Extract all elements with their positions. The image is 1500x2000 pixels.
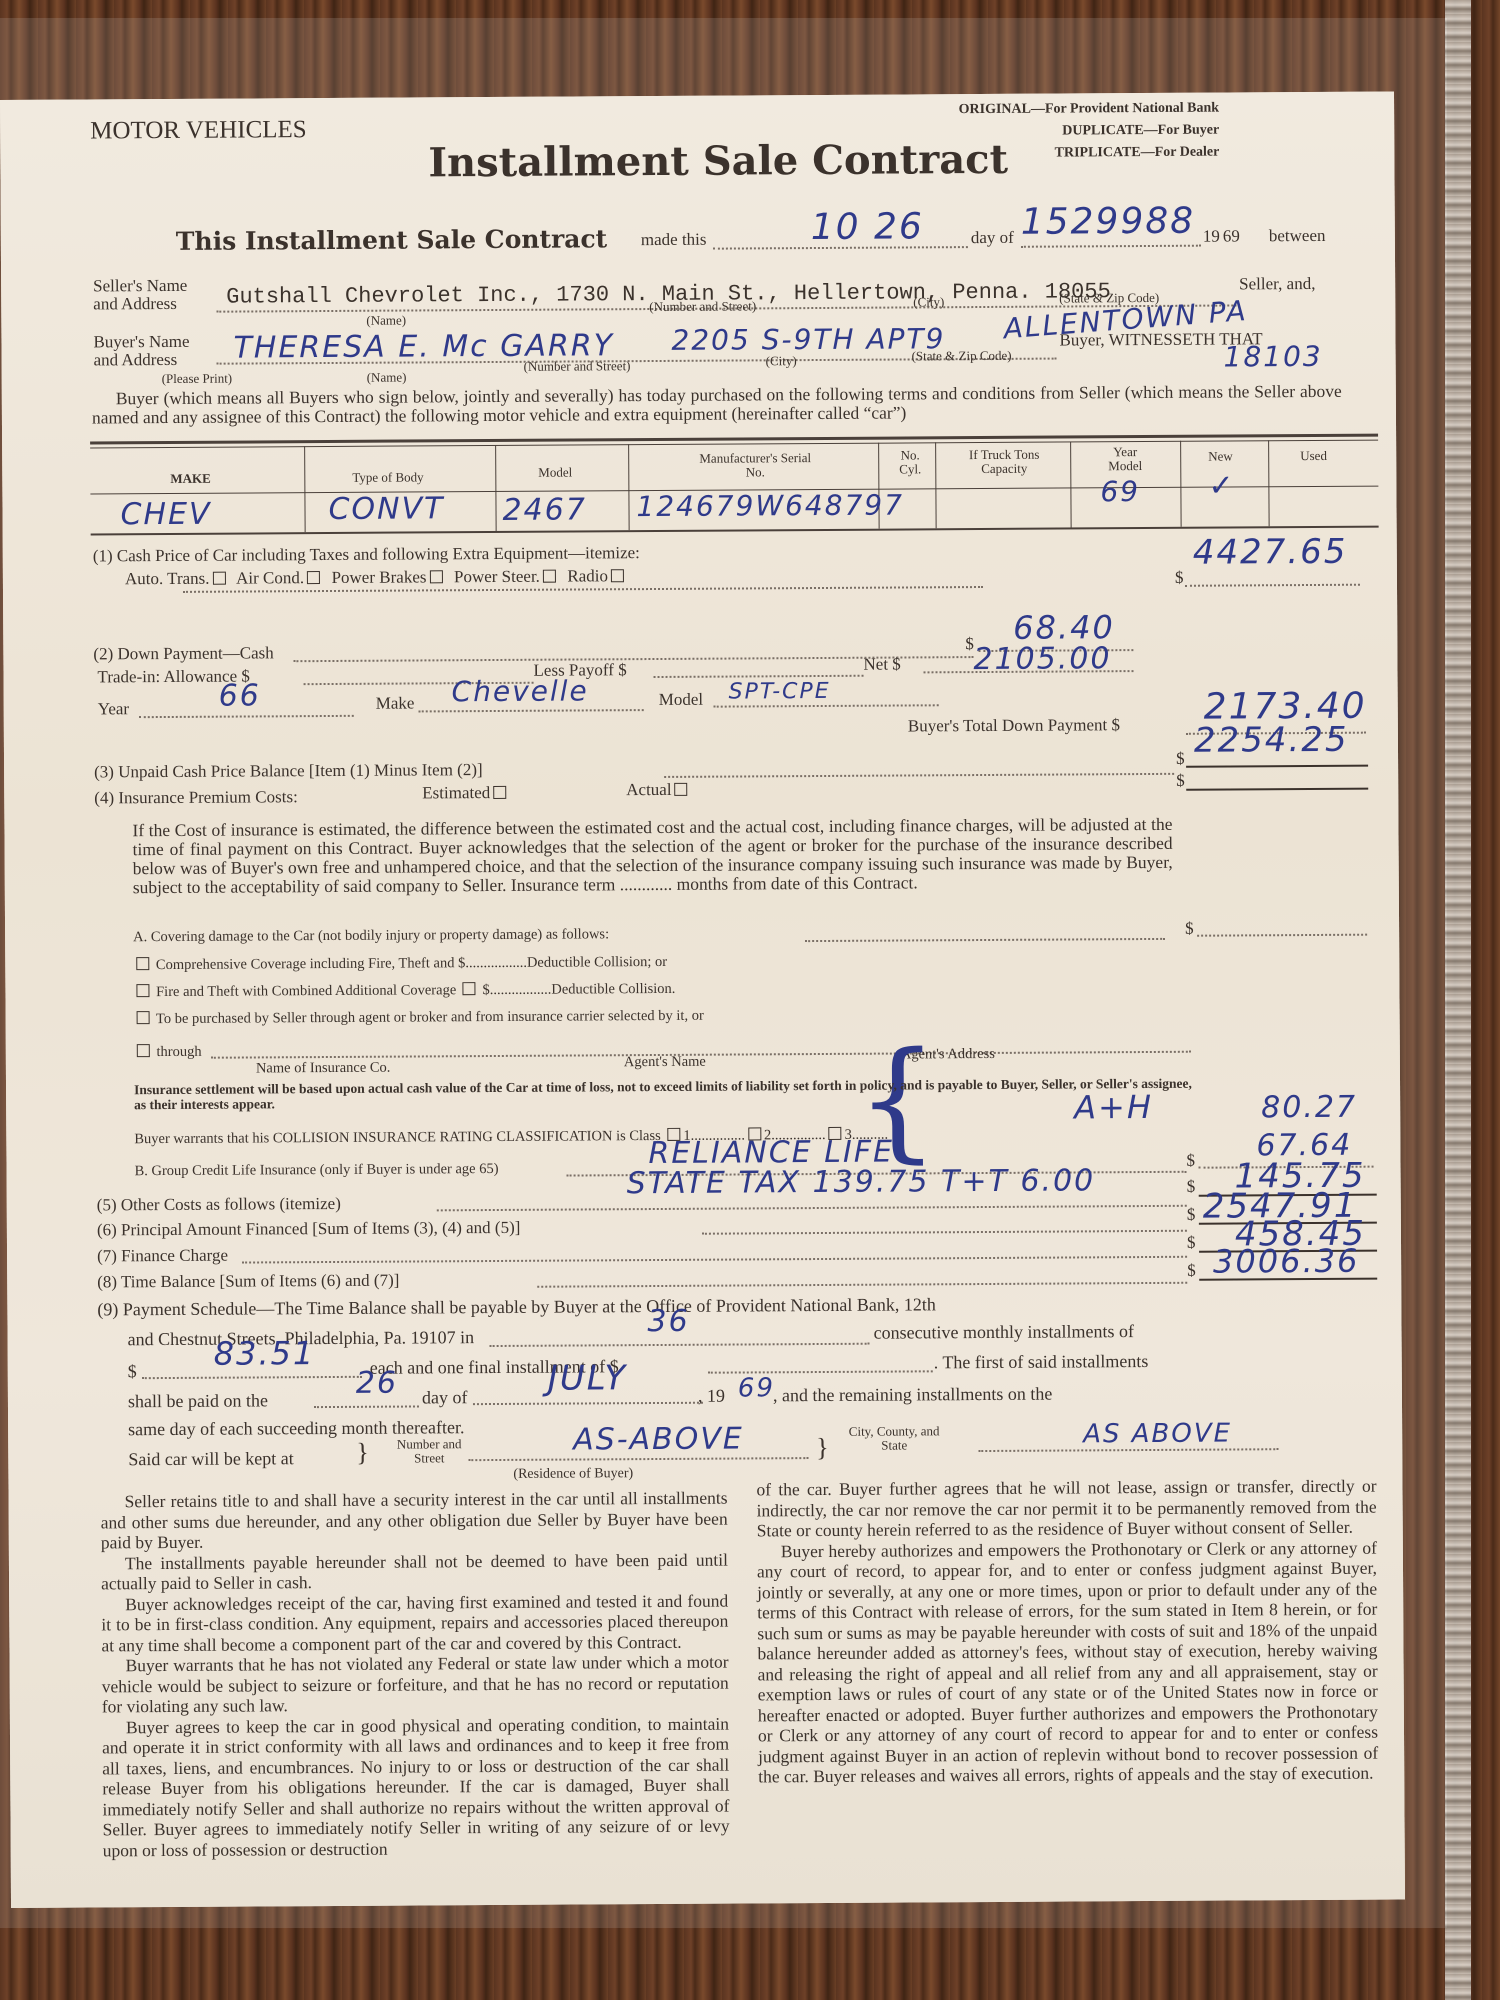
buyer-sub-city: (City) xyxy=(766,353,797,369)
item3-line xyxy=(664,773,1174,778)
installment-amount-line xyxy=(142,1376,362,1379)
intro-lead: This Installment Sale Contract xyxy=(176,224,607,256)
insurance-text: If the Cost of insurance is estimated, t… xyxy=(132,815,1172,897)
tradein-year-line xyxy=(139,715,354,718)
air-cond-label: Air Cond. xyxy=(236,568,304,587)
item3-label: (3) Unpaid Cash Price Balance [Item (1) … xyxy=(94,760,483,782)
seller-sub-city: (City) xyxy=(913,294,944,310)
buyer-suffix: Buyer, WITNESSETH THAT xyxy=(1059,329,1262,350)
through-label: through xyxy=(156,1044,201,1060)
buyer-sub-state: (State & Zip Code) xyxy=(912,348,1012,365)
coverage-a-label: A. Covering damage to the Car (not bodil… xyxy=(133,926,609,946)
installment-amount[interactable]: 83.51 xyxy=(214,1334,316,1373)
seller-purchase-option: To be purchased by Seller through agent … xyxy=(134,1008,704,1028)
seller-label: Seller's Name and Address xyxy=(93,277,187,314)
year-prefix: 19 xyxy=(1203,227,1220,247)
item4-underline xyxy=(1186,788,1368,791)
buyer-sub-name: (Name) xyxy=(367,370,407,386)
seller-purchase-checkbox[interactable] xyxy=(137,1011,150,1024)
item1-line xyxy=(1185,584,1360,587)
tradein-make-label: Make xyxy=(376,693,415,713)
auto-trans-label: Auto. Trans. xyxy=(125,569,210,589)
tradein-model-label: Model xyxy=(659,690,704,710)
seller-purchase-label: To be purchased by Seller through agent … xyxy=(156,1008,704,1027)
item5-label: (5) Other Costs as follows (itemize) xyxy=(97,1194,341,1215)
rating-label: Buyer warrants that his COLLISION INSURA… xyxy=(134,1128,661,1147)
serial-value[interactable]: 124679W648797 xyxy=(636,488,904,523)
item5-note[interactable]: STATE TAX 139.75 T+T 6.00 xyxy=(627,1163,1096,1201)
item3-underline xyxy=(1186,765,1368,768)
terms-left-column: Seller retains title to and shall have a… xyxy=(101,1488,730,1861)
residence-note: (Residence of Buyer) xyxy=(513,1466,633,1483)
schedule-line4c: , 19 xyxy=(698,1386,725,1407)
estimated-option: Estimated xyxy=(422,783,509,804)
air-cond-checkbox[interactable] xyxy=(307,571,320,584)
total-down-label: Buyer's Total Down Payment $ xyxy=(908,715,1120,736)
first-day[interactable]: 26 xyxy=(356,1366,398,1401)
terms-left-p3: Buyer acknowledges receipt of the car, h… xyxy=(101,1590,728,1655)
buyer-street-field[interactable]: 2205 S-9TH APT9 xyxy=(671,322,945,357)
through-checkbox[interactable] xyxy=(137,1044,150,1057)
insurance-company-label: Name of Insurance Co. xyxy=(256,1060,391,1078)
radio-label: Radio xyxy=(567,566,608,585)
copy-duplicate: DUPLICATE—For Buyer xyxy=(1062,123,1219,140)
fire-theft-label: Fire and Theft with Combined Additional … xyxy=(156,982,456,1000)
fire-theft-deductible: $.................Deductible Collision. xyxy=(482,981,675,998)
ah-value[interactable]: 80.27 xyxy=(1261,1090,1357,1126)
schedule-line2b: consecutive monthly installments of xyxy=(873,1321,1134,1344)
radio-checkbox[interactable] xyxy=(611,569,624,582)
settlement-text: Insurance settlement will be based upon … xyxy=(134,1076,1194,1112)
col-model: Model xyxy=(538,465,572,481)
coverage-a-dollar: $ xyxy=(1185,919,1194,939)
power-steer-checkbox[interactable] xyxy=(543,570,556,583)
item1-label: (1) Cash Price of Car including Taxes an… xyxy=(93,543,640,566)
please-print-note: (Please Print) xyxy=(162,371,233,387)
first-day-line xyxy=(314,1405,419,1408)
schedule-line1: (9) Payment Schedule—The Time Balance sh… xyxy=(97,1294,936,1320)
number-street-label: Number and Street xyxy=(384,1437,474,1466)
col-make: MAKE xyxy=(170,471,211,487)
item3-dollar: $ xyxy=(1176,749,1185,769)
item3-value[interactable]: 2254.25 xyxy=(1194,720,1349,761)
buyer-label: Buyer's Name and Address xyxy=(93,333,189,370)
col-year: Year Model xyxy=(1095,445,1155,473)
terms-left-p1: Seller retains title to and shall have a… xyxy=(101,1488,728,1553)
made-this-label: made this xyxy=(641,230,707,250)
model-value[interactable]: 2467 xyxy=(502,492,587,528)
item8-line xyxy=(537,1282,1187,1288)
kept-city-value[interactable]: AS ABOVE xyxy=(1083,1418,1232,1449)
terms-left-p2: The installments payable hereunder shall… xyxy=(101,1549,728,1594)
terms-left-p5: Buyer agrees to keep the car in good phy… xyxy=(102,1713,730,1860)
buyer-sub-street: (Number and Street) xyxy=(524,358,631,375)
schedule-line4a: shall be paid on the xyxy=(128,1390,268,1412)
fire-theft-checkbox[interactable] xyxy=(136,984,149,997)
recital-text: Buyer (which means all Buyers who sign b… xyxy=(92,382,1342,428)
item6-label: (6) Principal Amount Financed [Sum of It… xyxy=(97,1218,521,1241)
terms-right-column: of the car. Buyer further agrees that he… xyxy=(756,1476,1378,1787)
estimated-checkbox[interactable] xyxy=(493,786,506,799)
payoff-line xyxy=(654,675,864,678)
col-body: Type of Body xyxy=(352,469,423,485)
schedule-dollar: $ xyxy=(128,1361,137,1382)
terms-right-p1: Buyer hereby authorizes and empowers the… xyxy=(757,1537,1378,1787)
first-year[interactable]: 69 xyxy=(738,1373,775,1403)
form-title: Installment Sale Contract xyxy=(428,136,1008,187)
tradein-model-line xyxy=(714,704,939,707)
seller-sub-name: (Name) xyxy=(366,313,406,329)
item8-dollar: $ xyxy=(1187,1261,1196,1281)
city-county-state-label: City, County, and State xyxy=(844,1424,944,1453)
installments-count[interactable]: 36 xyxy=(647,1304,689,1339)
copy-original: ORIGINAL—For Provident National Bank xyxy=(959,101,1220,119)
kept-street-line xyxy=(468,1457,808,1461)
tradein-model-value[interactable]: SPT-CPE xyxy=(729,679,831,705)
tradein-make-value[interactable]: Chevelle xyxy=(452,674,589,708)
brace-left: } xyxy=(356,1438,369,1468)
equipment-row: Auto. Trans. Air Cond. Power Brakes Powe… xyxy=(125,566,627,589)
comprehensive-label: Comprehensive Coverage including Fire, T… xyxy=(156,954,667,973)
schedule-line3c: . The first of said installments xyxy=(934,1351,1149,1373)
seller-sub-street: (Number and Street) xyxy=(649,298,756,315)
buyer-label-line2: and Address xyxy=(94,351,190,370)
item5-line xyxy=(437,1205,1187,1212)
item1-dollar: $ xyxy=(1175,568,1184,588)
buyer-label-line1: Buyer's Name xyxy=(93,333,189,352)
fire-theft-option: Fire and Theft with Combined Additional … xyxy=(133,981,675,1001)
day-of-label: day of xyxy=(971,228,1014,248)
col-serial: Manufacturer's Serial No. xyxy=(690,451,820,480)
vehicle-table: MAKE Type of Body Model Manufacturer's S… xyxy=(90,434,1379,534)
body-value[interactable]: CONVT xyxy=(328,491,444,527)
actual-checkbox[interactable] xyxy=(675,783,688,796)
item2-label: (2) Down Payment—Cash xyxy=(93,643,273,664)
combined-coverage-checkbox[interactable] xyxy=(463,982,476,995)
new-checkmark[interactable]: ✓ xyxy=(1208,468,1235,503)
seller-suffix: Seller, and, xyxy=(1239,274,1315,294)
seller-label-line2: and Address xyxy=(93,295,187,314)
actual-label: Actual xyxy=(626,780,671,799)
credit-life-dollar: $ xyxy=(1186,1151,1195,1171)
item8-label: (8) Time Balance [Sum of Items (6) and (… xyxy=(97,1271,399,1293)
net-label: Net $ xyxy=(863,655,900,675)
ah-note[interactable]: A+H xyxy=(1074,1088,1153,1126)
through-option: through xyxy=(134,1044,202,1061)
col-new: New xyxy=(1208,448,1233,464)
recital-paragraph: Buyer (which means all Buyers who sign b… xyxy=(92,382,1342,428)
comprehensive-option: Comprehensive Coverage including Fire, T… xyxy=(133,954,667,974)
item4-label: (4) Insurance Premium Costs: xyxy=(94,787,298,808)
insurance-paragraph: If the Cost of insurance is estimated, t… xyxy=(132,815,1172,897)
copy-triplicate: TRIPLICATE—For Dealer xyxy=(1055,145,1220,162)
power-brakes-checkbox[interactable] xyxy=(429,570,442,583)
item7-line xyxy=(242,1256,1187,1264)
day-field[interactable]: 10 26 xyxy=(811,206,924,248)
col-tons: If Truck Tons Capacity xyxy=(945,448,1063,477)
power-steer-label: Power Steer. xyxy=(454,567,540,587)
coverage-a-line xyxy=(805,938,1165,942)
first-month-line xyxy=(473,1402,703,1405)
year-model-value[interactable]: 69 xyxy=(1100,475,1140,508)
col-used: Used xyxy=(1300,448,1327,464)
terms-right-continuation: of the car. Buyer further agrees that he… xyxy=(756,1476,1376,1541)
schedule-line4b: day of xyxy=(422,1387,468,1408)
item4-dollar: $ xyxy=(1176,771,1185,791)
item7-dollar: $ xyxy=(1187,1233,1196,1253)
make-value[interactable]: CHEV xyxy=(120,497,211,533)
terms-left-p4: Buyer warrants that he has not violated … xyxy=(102,1652,729,1717)
installments-count-line xyxy=(490,1343,870,1347)
brace-right: } xyxy=(816,1433,829,1463)
month-field-line xyxy=(1021,245,1201,248)
coverage-a-value-line xyxy=(1197,934,1367,937)
between-label: between xyxy=(1269,226,1326,246)
sleeve-edge xyxy=(1445,0,1471,2000)
kept-street-value[interactable]: AS-ABOVE xyxy=(573,1421,744,1457)
auto-trans-checkbox[interactable] xyxy=(212,572,225,585)
tradein-year-label: Year xyxy=(98,699,129,719)
tradein-year-value[interactable]: 66 xyxy=(219,678,261,713)
col-cyl: No. Cyl. xyxy=(890,448,930,476)
kept-at-label: Said car will be kept at xyxy=(128,1448,294,1470)
net-value[interactable]: 2105.00 xyxy=(973,641,1111,677)
estimated-label: Estimated xyxy=(422,783,490,802)
actual-option: Actual xyxy=(626,780,690,800)
item6-line xyxy=(702,1230,1187,1235)
credit-life-label: B. Group Credit Life Insurance (only if … xyxy=(134,1161,498,1180)
form-category: MOTOR VEHICLES xyxy=(90,116,307,145)
power-brakes-label: Power Brakes xyxy=(331,567,426,587)
first-month[interactable]: JULY xyxy=(548,1358,628,1398)
comprehensive-checkbox[interactable] xyxy=(136,957,149,970)
seller-label-line1: Seller's Name xyxy=(93,277,187,296)
item6-dollar: $ xyxy=(1187,1205,1196,1225)
year-field[interactable]: 69 xyxy=(1223,226,1240,246)
item7-label: (7) Finance Charge xyxy=(97,1246,228,1267)
agent-name-label: Agent's Name xyxy=(624,1054,706,1072)
schedule-line4d: , and the remaining installments on the xyxy=(773,1384,1053,1407)
tradein-make-line xyxy=(419,709,644,712)
contract-document: MOTOR VEHICLES Installment Sale Contract… xyxy=(0,91,1405,1907)
item5-dollar: $ xyxy=(1187,1177,1196,1197)
item8-value[interactable]: 3006.36 xyxy=(1213,1242,1360,1281)
item1-value[interactable]: 4427.65 xyxy=(1193,532,1348,573)
month-field[interactable]: 1529988 xyxy=(1021,201,1196,243)
